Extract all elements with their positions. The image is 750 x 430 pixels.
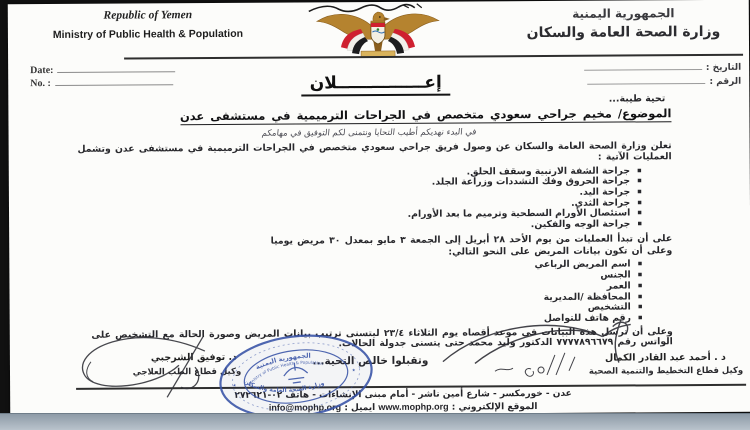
meta-english: Date: No. :	[30, 64, 175, 91]
website-label: الموقع الإلكتروني :	[452, 402, 538, 413]
announcement-title-wrap: إعـــــــــــــــلان	[243, 72, 508, 97]
ministry-stamp-icon: ٭ ٭ الجمهورية اليمنية وزارة الصحة العامة…	[214, 332, 380, 421]
website-url: www.mophp.org	[378, 402, 448, 412]
no-label-en: No. :	[30, 78, 51, 89]
scanned-letter: { "header": { "republic_en": "Republic o…	[0, 0, 750, 430]
subject-line: الموضوع/ مخيم جراحي سعودي متخصص في الجرا…	[180, 106, 672, 125]
list-item: جراحة الوجه والفكين.	[67, 220, 642, 234]
handwritten-greeting: في البدء نهديكم أطيب التحايا ونتمنى لكم …	[66, 126, 672, 140]
ministry-name-en: Ministry of Public Health & Population	[28, 28, 268, 41]
no-blank-line-ar	[587, 76, 705, 85]
date-blank-line-ar	[584, 62, 702, 71]
republic-of-yemen-en: Republic of Yemen	[28, 9, 268, 22]
no-label-ar: الرقم :	[709, 77, 741, 87]
no-blank-line-en	[55, 77, 173, 86]
meta-arabic: التاريخ : الرقم :	[584, 62, 741, 91]
patient-data-intro: وعلى أن تكون بيانات المريض على النحو الت…	[67, 246, 672, 260]
date-label-en: Date:	[30, 65, 53, 76]
date-label-ar: التاريخ :	[706, 63, 741, 73]
republic-of-yemen-ar: الجمهورية اليمنية	[506, 6, 741, 21]
header-arabic: الجمهورية اليمنية وزارة الصحة العامة وال…	[506, 6, 741, 41]
intro-paragraph: تعلن وزارة الصحة العامة والسكان عن وصول …	[67, 141, 672, 166]
calligraphy-flourish	[309, 4, 422, 12]
header-english: Republic of Yemen Ministry of Public Hea…	[28, 9, 268, 41]
signature-right-scribble	[435, 316, 650, 383]
ministry-name-ar: وزارة الصحة العامة والسكان	[506, 24, 741, 41]
letter-page: Republic of Yemen Ministry of Public Hea…	[8, 0, 750, 416]
chest-shield	[371, 23, 385, 44]
yemen-emblem-icon	[303, 1, 453, 60]
date-blank-line-en	[57, 64, 175, 73]
scanner-background-strip	[0, 413, 750, 430]
operations-list: جراحة الشفة الارنبية وسقف الحلق. جراحة ا…	[67, 166, 642, 234]
announcement-title: إعـــــــــــــــلان	[302, 73, 450, 97]
